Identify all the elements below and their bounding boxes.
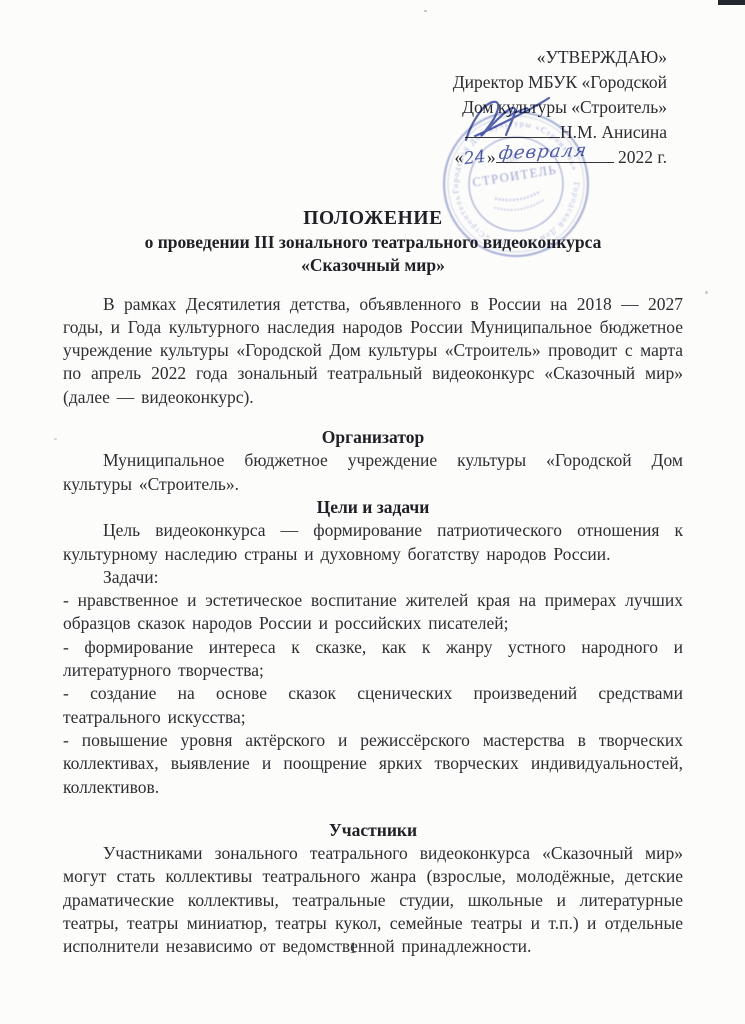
document-page: «УТВЕРЖДАЮ» Директор МБУК «Городской Дом… bbox=[0, 0, 745, 1024]
approval-line-approve: «УТВЕРЖДАЮ» bbox=[399, 45, 667, 70]
task-item: - создание на основе сказок сценических … bbox=[63, 682, 683, 729]
task-item: - формирование интереса к сказке, как к … bbox=[63, 636, 683, 683]
stamp-center-text: СТРОИТЕЛЬ bbox=[471, 163, 558, 190]
scan-speck bbox=[54, 438, 57, 440]
stamp-top-text: ДК bbox=[505, 152, 520, 164]
section-heading-organizer: Организатор bbox=[63, 426, 683, 449]
task-item: - нравственное и эстетическое воспитание… bbox=[63, 589, 683, 636]
section-heading-goals: Цели и задачи bbox=[63, 496, 683, 519]
intro-paragraph: В рамках Десятилетия детства, объявленно… bbox=[63, 293, 683, 409]
organizer-paragraph: Муниципальное бюджетное учреждение культ… bbox=[63, 449, 683, 496]
page-number: 1 bbox=[0, 940, 706, 958]
task-item: - повышение уровня актёрского и режиссёр… bbox=[63, 729, 683, 799]
approval-year: 2022 г. bbox=[618, 147, 667, 167]
tasks-label: Задачи: bbox=[63, 566, 683, 589]
round-stamp: Городской Дом культуры «Строитель» Город… bbox=[419, 87, 614, 282]
section-heading-participants: Участники bbox=[63, 819, 683, 842]
approval-line-director: Директор МБУК «Городской bbox=[399, 70, 667, 95]
goal-paragraph: Цель видеоконкурса — формирование патрио… bbox=[63, 519, 683, 566]
scan-corner-artifact bbox=[718, 0, 745, 5]
scan-speck bbox=[705, 291, 708, 294]
